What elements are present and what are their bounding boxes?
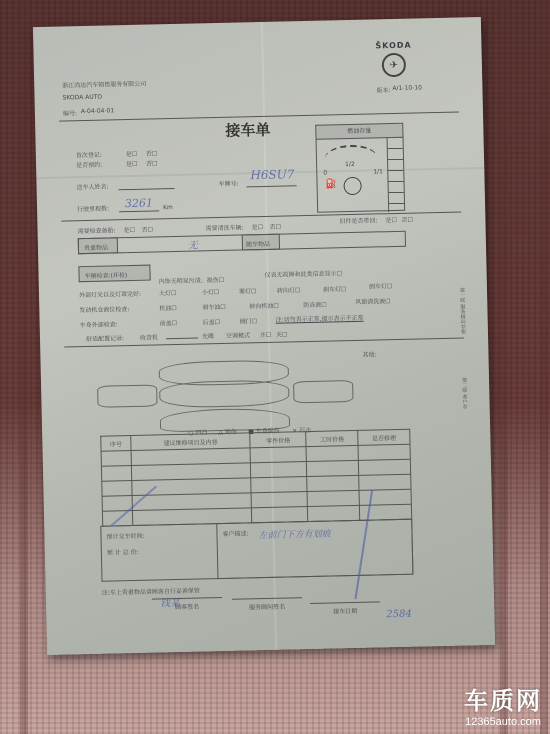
table-cell[interactable]: [358, 459, 410, 475]
first-visit-label: 首次登记:: [76, 150, 102, 160]
customer-desc-label: 客户描述:: [222, 528, 248, 538]
light-brake[interactable]: 刹车灯☐: [323, 284, 347, 294]
mileage-handwriting: 3261: [125, 196, 153, 210]
other-label: 其他:: [362, 349, 376, 358]
first-visit-no[interactable]: 否☐: [146, 148, 158, 157]
fluid-brake[interactable]: 刹车油☐: [202, 302, 226, 312]
fuel-mark-half: 1/2: [345, 161, 355, 168]
comfort-radio: 收音机: [140, 332, 158, 341]
table-cell[interactable]: [307, 490, 359, 506]
repair-items-table: 序号 建议维修项目及内容 零件价格 工时价格 是否修理: [100, 429, 412, 527]
table-cell[interactable]: [307, 475, 359, 491]
fuel-mark-full: 1/1: [373, 168, 383, 175]
body-rear-hood[interactable]: 后盖☐: [203, 317, 221, 326]
body-front-hood[interactable]: 前盖☐: [160, 318, 178, 327]
driver-name-label: 送车人姓名:: [76, 181, 108, 191]
valuables-value[interactable]: 无: [188, 236, 198, 251]
mileage-label: 行驶里程数:: [77, 203, 109, 213]
background-stripe: [540, 0, 548, 734]
return-old-parts-no[interactable]: 否☐: [401, 215, 413, 224]
light-headlamp[interactable]: 大灯☐: [159, 288, 177, 297]
form-number: A-04-04-01: [81, 107, 115, 115]
customer-signature-field[interactable]: 顾客签名: [152, 597, 222, 612]
table-cell[interactable]: [306, 445, 358, 461]
body-side-door[interactable]: 侧门☐: [240, 316, 258, 325]
table-cell[interactable]: [102, 481, 132, 497]
inspection-header: 车辆检查:(环检): [84, 270, 127, 280]
col-labor-price: 工时价格: [306, 430, 358, 446]
form-title: 接车单: [225, 119, 270, 141]
table-cell[interactable]: [101, 451, 131, 467]
table-cell[interactable]: [251, 462, 307, 478]
car-rear-view-icon[interactable]: [293, 380, 353, 403]
comfort-ac-mode: 空调模式: [226, 330, 250, 340]
comfort-label: 舒适配置记录:: [86, 333, 124, 343]
bottom-right-handwriting: 2584: [386, 609, 412, 621]
fluids-label: 发动机仓液位检查:: [79, 304, 129, 314]
company-name: 浙江尚达汽车销售服务有限公司: [62, 79, 146, 90]
fuel-pump-icon: ⛽: [325, 179, 336, 189]
reception-date-field[interactable]: 接车日期: [310, 601, 380, 616]
spare-tire-check-label: 需要检查备胎:: [77, 225, 115, 235]
appointment-no[interactable]: 否☐: [146, 158, 158, 167]
inspection-interior[interactable]: 内饰无明显污渍、损伤☐: [159, 275, 225, 285]
comfort-cd: 光碟: [202, 331, 214, 340]
car-wash-yes[interactable]: 是☐: [251, 222, 263, 231]
skoda-logo-icon: ✈: [382, 53, 407, 78]
fluid-coolant[interactable]: 防冻液☐: [303, 300, 327, 310]
spare-tire-yes[interactable]: 是☐: [123, 225, 135, 234]
total-price-label: 预 计 总 价:: [107, 547, 139, 557]
version-label: 版本:: [376, 85, 390, 94]
form-number-label: 编号:: [63, 108, 77, 117]
light-reverse[interactable]: 倒车灯☐: [369, 281, 393, 291]
background-stripe: [20, 0, 28, 734]
spare-tire-no[interactable]: 否☐: [141, 224, 153, 233]
brand-line: SKODA AUTO: [62, 94, 102, 102]
version: A/1-10-10: [392, 84, 422, 92]
return-old-parts-yes[interactable]: 是☐: [385, 215, 397, 224]
table-cell[interactable]: [251, 477, 307, 493]
car-wash-no[interactable]: 否☐: [269, 222, 281, 231]
table-cell[interactable]: [307, 460, 359, 476]
col-parts-price: 零件价格: [250, 432, 306, 448]
inspection-dashboard[interactable]: 仪表无故障和此类信息显示☐: [265, 268, 343, 279]
comfort-ac-on[interactable]: 开☐: [260, 330, 272, 339]
table-cell[interactable]: [359, 489, 411, 505]
valuables-label: 贵重物品: [84, 243, 108, 253]
fuel-mark-empty: 0: [323, 170, 327, 177]
fuel-level-circle-icon[interactable]: [343, 177, 361, 195]
customer-desc-value[interactable]: 左前门下方有划痕: [258, 527, 330, 542]
margin-note-copy-1: 第一联 服务顾问存根: [459, 287, 467, 334]
skoda-logo-text: ŠKODA: [375, 41, 411, 51]
appointment-label: 是否预约:: [76, 160, 102, 170]
table-cell[interactable]: [101, 466, 131, 482]
mileage-unit: Km: [163, 204, 173, 211]
watermark-brand: 车质网: [464, 681, 542, 716]
light-fog[interactable]: 雾灯☐: [239, 286, 257, 295]
comfort-ac-off[interactable]: 关☐: [276, 329, 288, 338]
watermark: 车质网 12365auto.com: [464, 681, 542, 728]
plate-number-label: 车牌号:: [218, 179, 238, 188]
footer-note: 注:车上贵重物品请顾客自行妥善保管: [102, 586, 200, 597]
car-wash-label: 需要清洗车辆:: [205, 222, 243, 232]
body-check-label: 车身外部检查:: [80, 319, 118, 329]
fuel-gauge: 燃油存量 0 1/2 1/1 ⛽: [315, 123, 405, 213]
table-cell[interactable]: [358, 444, 410, 460]
reception-form-paper: 浙江尚达汽车销售服务有限公司 SKODA AUTO 编号: A-04-04-01…: [33, 17, 495, 655]
table-cell[interactable]: [359, 474, 411, 490]
appointment-yes[interactable]: 是☐: [126, 159, 138, 168]
delivery-time-label: 预计交车时间:: [106, 531, 144, 541]
advisor-signature-field[interactable]: 服务顾问签名: [232, 597, 302, 612]
col-repair-yn: 是否修理: [358, 429, 410, 445]
car-front-view-icon[interactable]: [97, 384, 157, 407]
light-turn[interactable]: 转向灯☐: [277, 285, 301, 295]
fuel-level-bars[interactable]: [387, 138, 405, 212]
vehicle-items-label: 随车物品: [246, 239, 270, 249]
lights-label: 外部灯光以及灯罩完好:: [79, 289, 141, 299]
background-stripe: [500, 0, 508, 734]
table-cell[interactable]: [252, 492, 308, 508]
light-small[interactable]: 小灯☐: [202, 287, 220, 296]
fluid-oil[interactable]: 机油☐: [159, 303, 177, 312]
plate-number-field[interactable]: [247, 185, 297, 187]
body-check-note: 注:切勿表示正常,提示表示不正常: [276, 313, 364, 324]
col-seq: 序号: [101, 436, 131, 452]
plate-number-handwriting: H6SU7: [250, 167, 294, 182]
margin-note-copy-2: 第二联 客户存: [461, 377, 469, 409]
first-visit-yes[interactable]: 是☐: [126, 149, 138, 158]
table-cell[interactable]: [251, 447, 307, 463]
fluid-washer[interactable]: 风窗清洗液☐: [355, 296, 391, 306]
driver-name-field[interactable]: [119, 188, 175, 190]
return-old-parts-label: 旧件是否带回:: [339, 215, 377, 225]
fluid-steering[interactable]: 转向机油☐: [249, 301, 279, 311]
mileage-field[interactable]: [119, 210, 159, 212]
radio-field[interactable]: [166, 337, 198, 339]
watermark-url: 12365auto.com: [464, 716, 542, 728]
